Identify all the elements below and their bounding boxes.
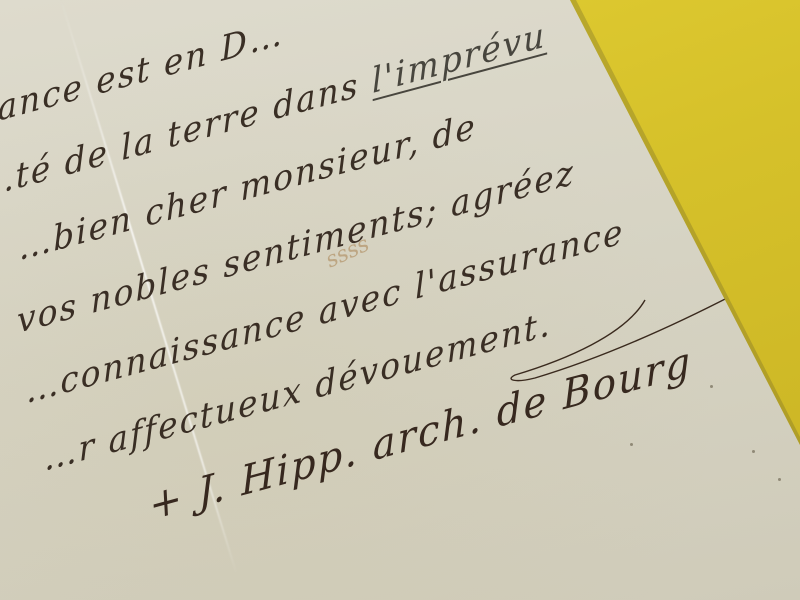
underlined-word: l'imprévu (371, 15, 548, 103)
signature-flourish (505, 290, 735, 390)
paper-speck (778, 478, 781, 481)
handwritten-text: …ance est en D… …té de la terre dans l'i… (0, 0, 674, 73)
paper-speck (752, 450, 755, 453)
paper-speck (630, 443, 633, 446)
